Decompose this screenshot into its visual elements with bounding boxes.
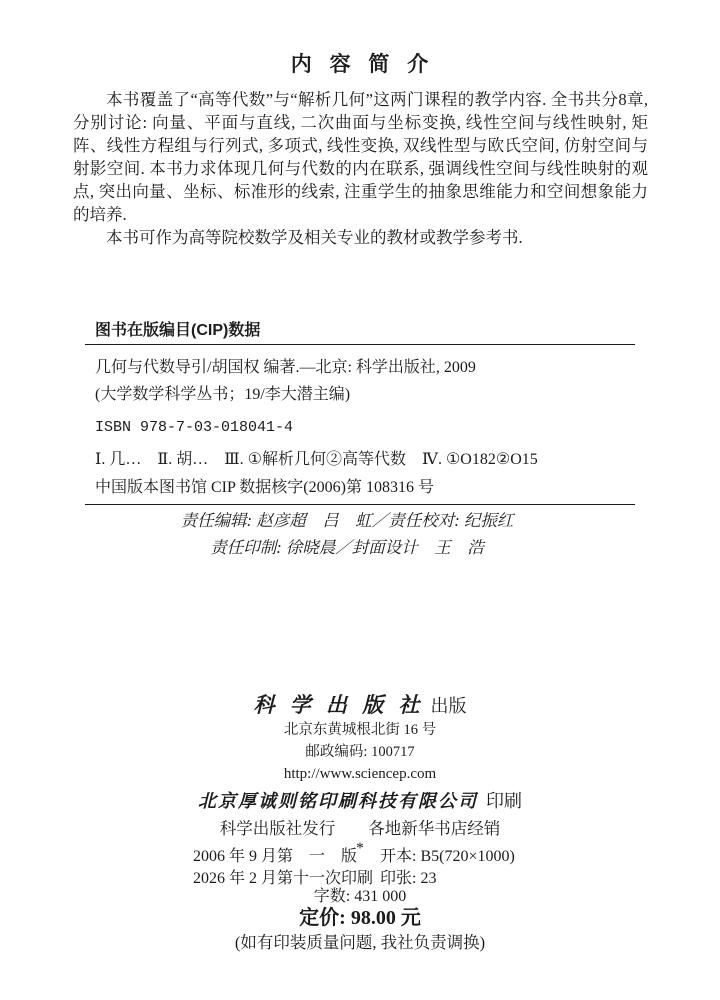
printer-name: 北京厚诚则铭印刷科技有限公司 <box>198 791 478 811</box>
format-spec: 开本: B5(720×1000) <box>380 846 533 868</box>
cip-record-number: 中国版本图书馆 CIP 数据核字(2006)第 108316 号 <box>85 477 635 499</box>
print-label: 印刷 <box>486 791 522 811</box>
distribution-line: 科学出版社发行 各地新华书店经销 <box>0 819 720 839</box>
cip-title-line: 几何与代数导引/胡国权 编著.—北京: 科学出版社, 2009 <box>85 357 635 379</box>
price: 定价: 98.00 元 <box>0 901 720 930</box>
publisher-line: 科 学 出 版 社出版 <box>0 695 720 718</box>
cip-rule-bottom <box>85 504 635 505</box>
cip-header: 图书在版编目(CIP)数据 <box>85 320 635 342</box>
page-title: 内 容 简 介 <box>0 48 720 78</box>
publisher-postcode: 邮政编码: 100717 <box>0 742 720 762</box>
quality-note: (如有印装质量问题, 我社负责调换) <box>0 929 720 953</box>
cip-section: 图书在版编目(CIP)数据 几何与代数导引/胡国权 编著.—北京: 科学出版社,… <box>85 320 635 505</box>
cip-classification: Ⅰ. 几… Ⅱ. 胡… Ⅲ. ①解析几何②高等代数 Ⅳ. ①O182②O15 <box>85 449 635 471</box>
publisher-website: http://www.sciencep.com <box>0 764 720 784</box>
printer-line: 北京厚诚则铭印刷科技有限公司印刷 <box>0 789 720 813</box>
publisher-section: 科 学 出 版 社出版 北京东黄城根北街 16 号 邮政编码: 100717 h… <box>0 695 720 857</box>
book-copyright-page: 内 容 简 介 本书覆盖了“高等代数”与“解析几何”这两门课程的教学内容. 全书… <box>0 0 720 1000</box>
intro-paragraph-2: 本书可作为高等院校数学及相关专业的教材或教学参考书. <box>73 226 648 249</box>
publish-label: 出版 <box>431 696 467 716</box>
intro-paragraph-1: 本书覆盖了“高等代数”与“解析几何”这两门课程的教学内容. 全书共分8章, 分别… <box>73 88 648 226</box>
publisher-logo-text: 科 学 出 版 社 <box>254 693 425 717</box>
edition-row-1: 2006 年 9 月第 一 版 开本: B5(720×1000) <box>193 846 533 868</box>
intro-section: 本书覆盖了“高等代数”与“解析几何”这两门课程的教学内容. 全书共分8章, 分别… <box>73 88 648 249</box>
cip-rule-top <box>85 344 635 345</box>
first-edition-date: 2006 年 9 月第 一 版 <box>193 846 380 868</box>
cip-isbn: ISBN 978-7-03-018041-4 <box>85 417 635 439</box>
staff-editors-line: 责任编辑: 赵彦超 吕 虹／责任校对: 纪振红 <box>0 507 694 534</box>
staff-section: 责任编辑: 赵彦超 吕 虹／责任校对: 纪振红 责任印制: 徐晓晨／封面设计 王… <box>0 507 694 561</box>
staff-printing-line: 责任印制: 徐晓晨／封面设计 王 浩 <box>0 534 694 561</box>
cip-series-line: (大学数学科学丛书；19/李大潜主编) <box>85 384 635 406</box>
publisher-address: 北京东黄城根北街 16 号 <box>0 720 720 740</box>
